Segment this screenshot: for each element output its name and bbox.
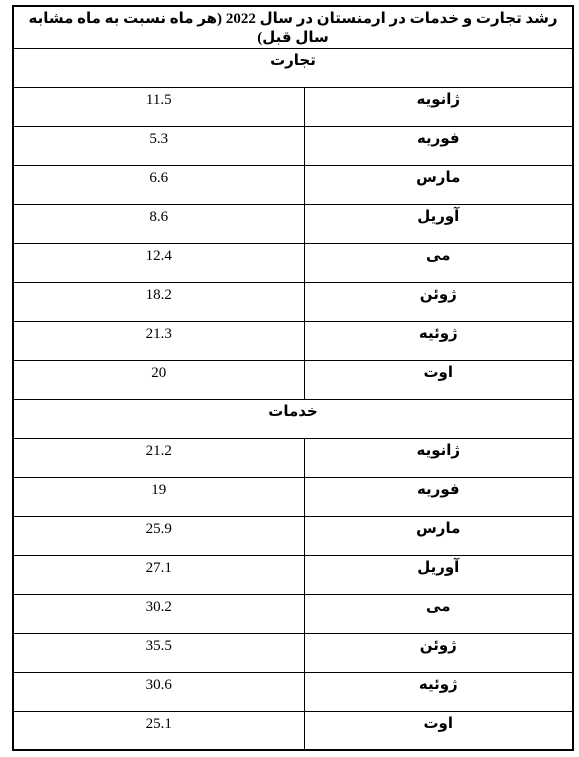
- value-cell: 5.3: [13, 126, 304, 165]
- section-header-row: خدمات: [13, 399, 573, 438]
- table-row: ژوئن 35.5: [13, 633, 573, 672]
- value-cell: 21.3: [13, 321, 304, 360]
- value-cell: 25.1: [13, 711, 304, 750]
- table-row: اوت 25.1: [13, 711, 573, 750]
- value-cell: 27.1: [13, 555, 304, 594]
- document-page: رشد تجارت و خدمات در ارمنستان در سال 202…: [0, 0, 579, 757]
- month-cell: فوریه: [304, 477, 573, 516]
- table-row: ژوئیه 30.6: [13, 672, 573, 711]
- value-cell: 19: [13, 477, 304, 516]
- title-row: رشد تجارت و خدمات در ارمنستان در سال 202…: [13, 6, 573, 48]
- table-row: می 30.2: [13, 594, 573, 633]
- month-cell: آوریل: [304, 204, 573, 243]
- value-cell: 30.2: [13, 594, 304, 633]
- table-row: آوریل 27.1: [13, 555, 573, 594]
- value-cell: 18.2: [13, 282, 304, 321]
- table-title: رشد تجارت و خدمات در ارمنستان در سال 202…: [13, 6, 573, 48]
- month-cell: ژوئن: [304, 633, 573, 672]
- table-row: فوریه 5.3: [13, 126, 573, 165]
- table-row: مارس 25.9: [13, 516, 573, 555]
- value-cell: 12.4: [13, 243, 304, 282]
- table-row: ژوئن 18.2: [13, 282, 573, 321]
- month-cell: ژانویه: [304, 87, 573, 126]
- month-cell: اوت: [304, 711, 573, 750]
- month-cell: مارس: [304, 165, 573, 204]
- month-cell: می: [304, 243, 573, 282]
- value-cell: 21.2: [13, 438, 304, 477]
- month-cell: آوریل: [304, 555, 573, 594]
- month-cell: می: [304, 594, 573, 633]
- growth-table: رشد تجارت و خدمات در ارمنستان در سال 202…: [12, 5, 574, 751]
- table-row: می 12.4: [13, 243, 573, 282]
- month-cell: فوریه: [304, 126, 573, 165]
- value-cell: 25.9: [13, 516, 304, 555]
- month-cell: ژوئیه: [304, 321, 573, 360]
- table-row: فوریه 19: [13, 477, 573, 516]
- month-cell: اوت: [304, 360, 573, 399]
- value-cell: 20: [13, 360, 304, 399]
- value-cell: 6.6: [13, 165, 304, 204]
- section-header-row: تجارت: [13, 48, 573, 87]
- value-cell: 11.5: [13, 87, 304, 126]
- table-row: اوت 20: [13, 360, 573, 399]
- month-cell: مارس: [304, 516, 573, 555]
- table-row: ژانویه 11.5: [13, 87, 573, 126]
- table-row: ژوئیه 21.3: [13, 321, 573, 360]
- value-cell: 35.5: [13, 633, 304, 672]
- month-cell: ژوئیه: [304, 672, 573, 711]
- value-cell: 8.6: [13, 204, 304, 243]
- table-row: مارس 6.6: [13, 165, 573, 204]
- section-header-services: خدمات: [13, 399, 573, 438]
- month-cell: ژوئن: [304, 282, 573, 321]
- month-cell: ژانویه: [304, 438, 573, 477]
- table-row: آوریل 8.6: [13, 204, 573, 243]
- table-row: ژانویه 21.2: [13, 438, 573, 477]
- value-cell: 30.6: [13, 672, 304, 711]
- section-header-trade: تجارت: [13, 48, 573, 87]
